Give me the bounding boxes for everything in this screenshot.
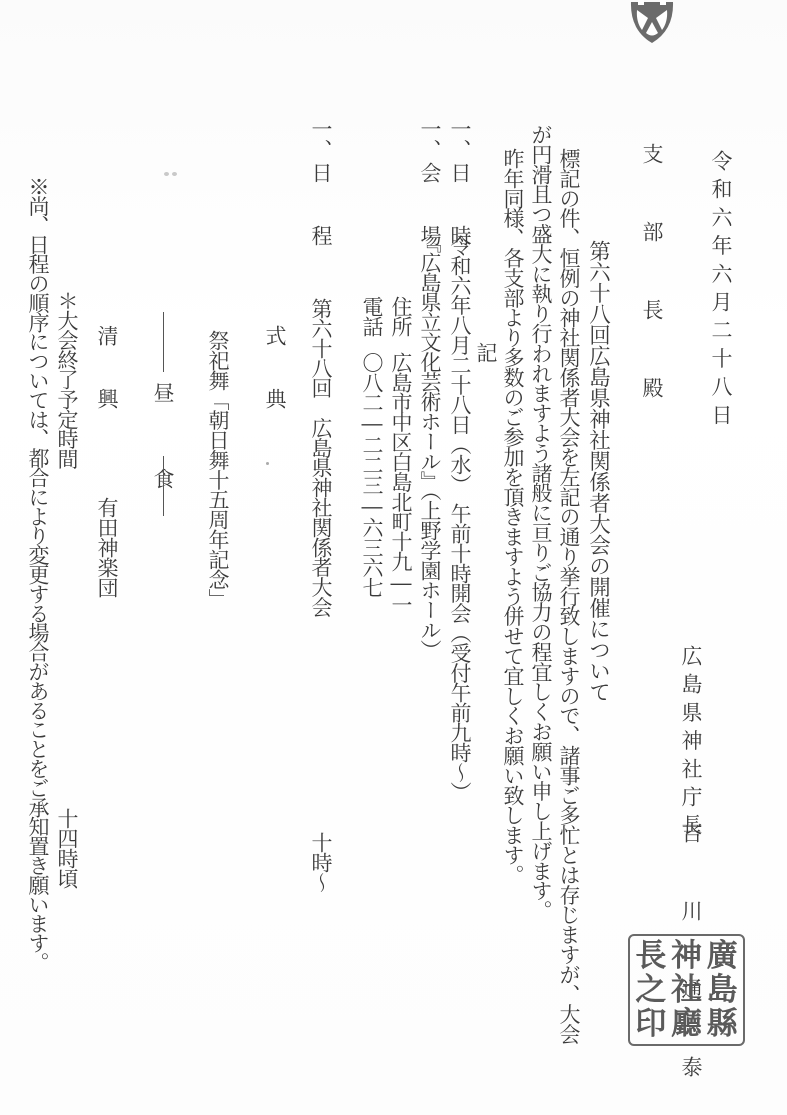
seal-char: 之 bbox=[635, 975, 666, 1006]
address-value: 広島市中区白島北町十九―一 bbox=[390, 352, 411, 614]
program-ceremony: 式 典 bbox=[264, 325, 285, 409]
phone-value: 〇八二―二二三―六三六七 bbox=[361, 352, 382, 597]
program-performer: 有田神楽団 bbox=[96, 497, 117, 597]
datetime-value: 令和六年八月二十八日（水） 午前十時開会（受付午前九時～） bbox=[449, 235, 470, 802]
document-title: 第六十八回広島県神社関係者大会の開催について bbox=[587, 240, 609, 702]
item-bullet: 一、 bbox=[419, 118, 440, 160]
venue-value: 『広島県立文化芸術ホール』（上野学園ホール） bbox=[419, 232, 440, 659]
schedule-note: ※尚、日程の順序については、都合により変更する場合があることをご承知置き願います… bbox=[27, 176, 48, 971]
seal-char: 縣 bbox=[707, 1009, 738, 1040]
datetime-label: 日 時 bbox=[449, 162, 470, 246]
official-seal: 廣 島 縣 神 社 廳 長 之 印 bbox=[628, 934, 745, 1046]
letter-date: 令和六年六月二十八日 bbox=[710, 150, 731, 432]
addressee: 支 部 長 殿 bbox=[641, 143, 662, 416]
scan-speck bbox=[164, 172, 169, 176]
schedule-label: 日 程 bbox=[310, 162, 331, 246]
seal-char: 廣 bbox=[707, 941, 738, 972]
phone-label: 電話 bbox=[361, 296, 382, 336]
end-time-label: ＊大会終了予定時間 bbox=[56, 290, 77, 468]
lunch-rule-top bbox=[163, 312, 164, 372]
address-label: 住所 bbox=[390, 296, 411, 336]
body-line-3: 昨年同様、各支部より多数のご参加を頂きますよう併せて宜しくお願い致します。 bbox=[502, 148, 523, 884]
scan-speck bbox=[172, 172, 177, 176]
item-bullet: 一、 bbox=[310, 118, 331, 160]
sender-organization: 広島県神社庁長 bbox=[680, 645, 701, 842]
seal-char: 印 bbox=[635, 1009, 666, 1040]
program-dance: 祭祀舞「朝日舞十五周年記念」 bbox=[207, 330, 228, 609]
document-page: 令和六年六月二十八日 支 部 長 殿 広島県神社庁長 吉 川 通 泰 廣 島 縣… bbox=[0, 0, 787, 1115]
seal-char: 島 bbox=[707, 975, 738, 1006]
seal-char: 長 bbox=[635, 941, 666, 972]
seal-char: 社 bbox=[671, 975, 702, 1006]
schedule-event: 第六十八回 広島県神社関係者大会 bbox=[310, 298, 331, 616]
schedule-start-time: 十時～ bbox=[310, 832, 331, 892]
body-line-2: が円滑且つ盛大に執り行われますよう諸般に亘りご協力の程宜しくお願い申し上げます。 bbox=[530, 124, 551, 920]
scan-speck bbox=[266, 462, 269, 465]
section-mark: 記 bbox=[475, 342, 496, 370]
program-entertainment: 清 興 bbox=[96, 325, 117, 409]
seal-char: 廳 bbox=[671, 1009, 702, 1040]
crest-icon bbox=[628, 0, 676, 44]
seal-char: 神 bbox=[671, 941, 702, 972]
lunch-rule-bottom bbox=[163, 456, 164, 516]
end-time-value: 十四時頃 bbox=[56, 808, 77, 888]
body-line-1: 標記の件、恒例の神社関係者大会を左記の通り挙行致しますので、諸事ご多忙とは存じま… bbox=[558, 148, 579, 1044]
item-bullet: 一、 bbox=[449, 118, 470, 160]
